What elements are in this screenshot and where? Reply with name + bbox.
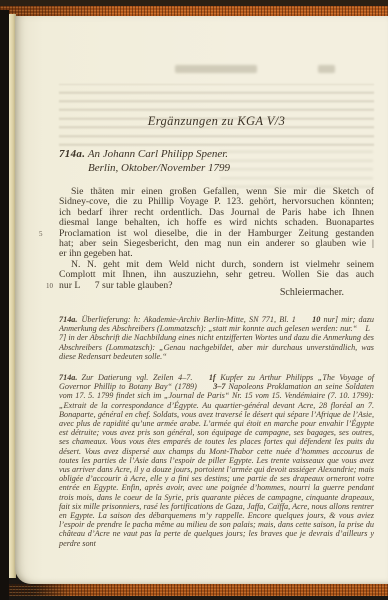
letter-number-and-addressee: 714a. An Johann Carl Philipp Spener. [59,148,374,162]
margin-line-number: 10 [39,282,53,290]
letter-dateline: Berlin, Oktober/November 1799 [88,162,374,176]
letter-heading: 714a. An Johann Carl Philipp Spener. Ber… [59,148,374,175]
apparatus-text: Napoleons Proklamation an seine Soldaten… [59,382,374,547]
book-page: Ergänzungen zu KGA V/3 714a. An Johann C… [15,16,388,584]
book-bottom-stained-edge [0,584,388,596]
apparatus-line-reference: 1f [209,373,216,382]
apparatus-text: Überlieferung: h: Akademie-Archiv Berlin… [77,315,312,324]
letter-signature: Schleiermacher. [59,287,374,298]
margin-line-number: 5 [39,230,53,238]
apparatus-line-reference: 714a. [59,373,77,382]
critical-apparatus: 714a. Überlieferung: h: Akademie-Archiv … [59,315,374,560]
letter-body: Sie thäten mir einen großen Gefallen, we… [59,187,374,291]
verso-show-through-page-number [318,65,335,73]
apparatus-line-reference: 714a. [59,315,77,324]
letter-addressee: An Johann Carl Philipp Spener. [88,148,228,160]
letter-line: diesmal lange behalten, ich hoffe es wir… [59,218,374,228]
apparatus-paragraph: 714a. Zur Datierung vgl. Zeilen 4–7. 1f … [59,373,374,548]
apparatus-paragraph: 714a. Überlieferung: h: Akademie-Archiv … [59,315,374,361]
book-photo: Ergänzungen zu KGA V/3 714a. An Johann C… [0,0,388,600]
letter-line: Complott mit Ihnen, ihn auszuziehn, sehr… [59,270,374,280]
apparatus-line-reference: 3–7 [213,382,225,391]
letter-number: 714a. [59,148,85,160]
apparatus-text: Zur Datierung vgl. Zeilen 4–7. [77,373,208,382]
book-cover-left-edge [0,10,9,600]
verso-show-through-header [175,65,257,73]
section-heading: Ergänzungen zu KGA V/3 [59,114,374,128]
